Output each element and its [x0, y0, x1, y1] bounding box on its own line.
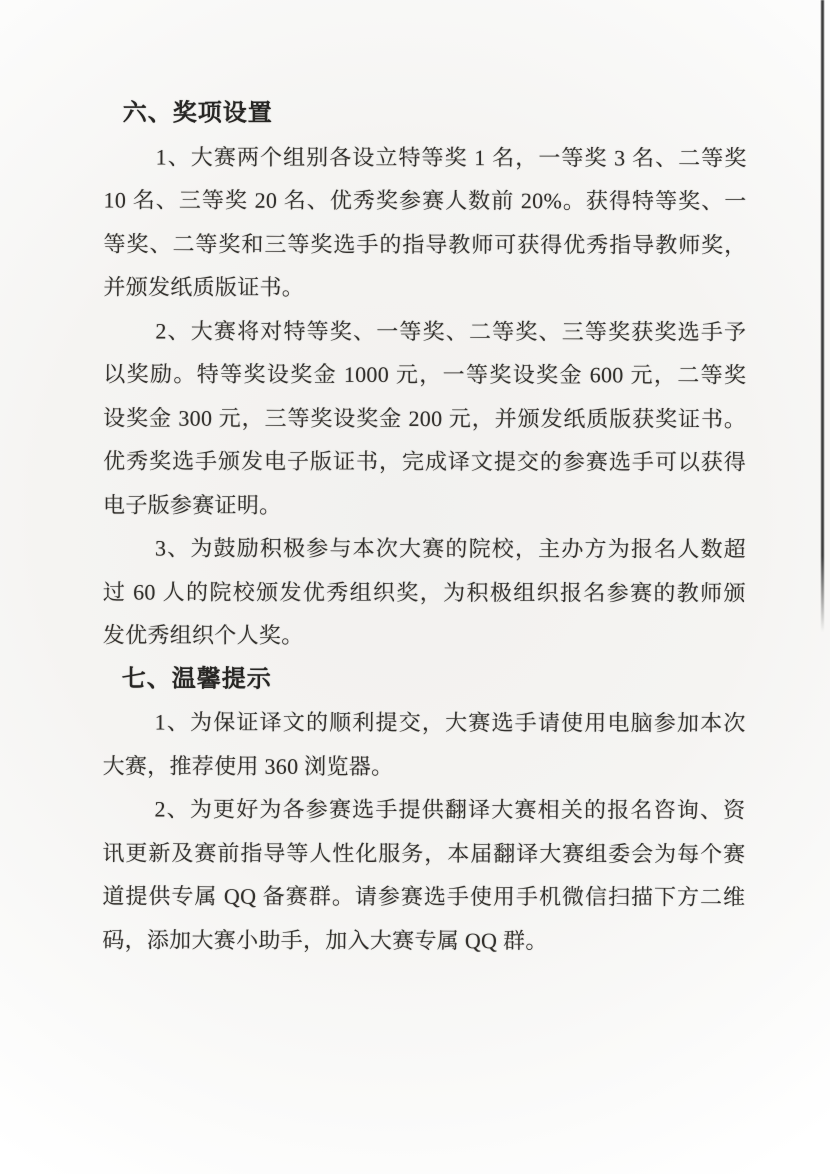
- para2-line2: 以奖励。特等奖设奖金 1000 元，一等奖设奖金 600 元，二等奖: [103, 352, 746, 397]
- para2-line1: 2、大赛将对特等奖、一等奖、二等奖、三等奖获奖选手予: [103, 309, 746, 354]
- para1-line3: 等奖、二等奖和三等奖选手的指导教师可获得优秀指导教师奖，: [103, 222, 746, 267]
- para5-line1: 2、为更好为各参赛选手提供翻译大赛相关的报名咨询、资: [102, 787, 745, 832]
- para1-line1: 1、大赛两个组别各设立特等奖 1 名，一等奖 3 名、二等奖: [104, 135, 747, 180]
- heading-awards-setup: 六、奖项设置: [104, 91, 747, 136]
- document-page: 六、奖项设置 1、大赛两个组别各设立特等奖 1 名，一等奖 3 名、二等奖 10…: [0, 0, 830, 1174]
- para5-line4: 码，添加大赛小助手，加入大赛专属 QQ 群。: [102, 918, 745, 963]
- para3-line3: 发优秀组织个人奖。: [103, 613, 746, 658]
- para5-line3: 道提供专属 QQ 备赛群。请参赛选手使用手机微信扫描下方二维: [102, 874, 745, 919]
- para4-line1: 1、为保证译文的顺利提交，大赛选手请使用电脑参加本次: [103, 700, 746, 745]
- heading-friendly-tips: 七、温馨提示: [103, 657, 746, 702]
- para3-line1: 3、为鼓励积极参与本次大赛的院校，主办方为报名人数超: [103, 526, 746, 571]
- para3-line2: 过 60 人的院校颁发优秀组织奖，为积极组织报名参赛的教师颁: [103, 570, 746, 615]
- para4-line2: 大赛，推荐使用 360 浏览器。: [103, 744, 746, 789]
- para2-line3: 设奖金 300 元，三等奖设奖金 200 元，并颁发纸质版获奖证书。: [103, 396, 746, 441]
- para1-line4: 并颁发纸质版证书。: [103, 265, 746, 310]
- para5-line2: 讯更新及赛前指导等人性化服务，本届翻译大赛组委会为每个赛: [102, 831, 745, 876]
- para1-line2: 10 名、三等奖 20 名、优秀奖参赛人数前 20%。获得特等奖、一: [104, 178, 747, 223]
- document-content: 六、奖项设置 1、大赛两个组别各设立特等奖 1 名，一等奖 3 名、二等奖 10…: [102, 91, 747, 962]
- para2-line5: 电子版参赛证明。: [103, 483, 746, 528]
- scan-edge-line: [821, 0, 824, 632]
- para2-line4: 优秀奖选手颁发电子版证书，完成译文提交的参赛选手可以获得: [103, 439, 746, 484]
